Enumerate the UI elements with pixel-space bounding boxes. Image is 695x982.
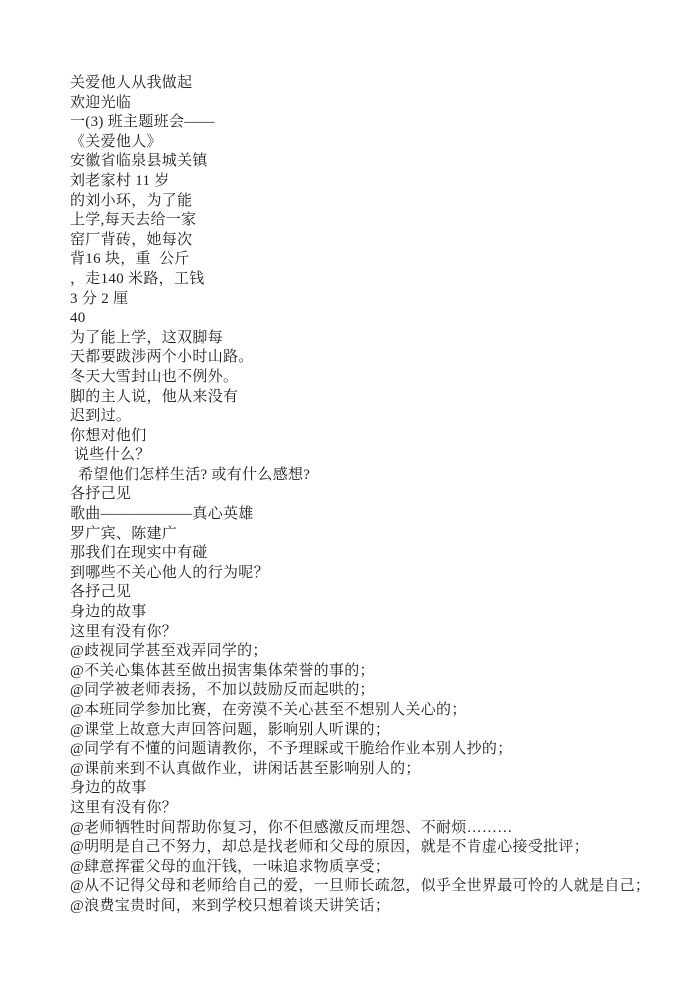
document-page: 关爱他人从我做起欢迎光临一(3) 班主题班会——《关爱他人》安徽省临泉县城关镇刘… — [0, 0, 695, 982]
text-line: @歧视同学甚至戏弄同学的； — [70, 642, 655, 662]
text-line: @从不记得父母和老师给自己的爱，一旦师长疏忽，似乎全世界最可怜的人就是自己； — [70, 877, 655, 897]
text-line: @同学被老师表扬，不加以鼓励反而起哄的； — [70, 681, 655, 701]
text-line: @同学有不懂的问题请教你，不予理睬或干脆给作业本别人抄的； — [70, 740, 655, 760]
text-line: 为了能上学，这双脚每 — [70, 329, 655, 349]
text-line: 希望他们怎样生活? 或有什么感想? — [70, 466, 655, 486]
text-line: 欢迎光临 — [70, 94, 655, 114]
text-line: 各抒己见 — [70, 583, 655, 603]
text-line: ，走140 米路，工钱 — [70, 270, 655, 290]
text-line: 身边的故事 — [70, 603, 655, 623]
text-line: 安徽省临泉县城关镇 — [70, 152, 655, 172]
text-line: @课前来到不认真做作业，讲闲话甚至影响别人的； — [70, 760, 655, 780]
text-line: 罗广宾、陈建广 — [70, 525, 655, 545]
text-line: 各抒己见 — [70, 485, 655, 505]
text-line: 迟到过。 — [70, 407, 655, 427]
text-line: 关爱他人从我做起 — [70, 74, 655, 94]
text-line: 《关爱他人》 — [70, 133, 655, 153]
text-line: 窑厂背砖，她每次 — [70, 231, 655, 251]
text-line: 天都要跋涉两个小时山路。 — [70, 348, 655, 368]
text-line: @课堂上故意大声回答问题，影响别人听课的； — [70, 721, 655, 741]
text-line: 的刘小环，为了能 — [70, 192, 655, 212]
text-line: 刘老家村 11 岁 — [70, 172, 655, 192]
text-line: 说些什么？ — [70, 446, 655, 466]
text-line: @肆意挥霍父母的血汗钱，一味追求物质享受； — [70, 858, 655, 878]
text-line: 这里有没有你？ — [70, 799, 655, 819]
text-line: 冬天大雪封山也不例外。 — [70, 368, 655, 388]
text-line: 这里有没有你？ — [70, 623, 655, 643]
text-line: @老师牺牲时间帮助你复习，你不但感激反而埋怨、不耐烦……… — [70, 819, 655, 839]
text-line: 40 — [70, 309, 655, 329]
text-line: 上学,每天去给一家 — [70, 211, 655, 231]
text-line: 脚的主人说，他从来没有 — [70, 388, 655, 408]
text-block: 关爱他人从我做起欢迎光临一(3) 班主题班会——《关爱他人》安徽省临泉县城关镇刘… — [70, 74, 655, 917]
text-line: @不关心集体甚至做出损害集体荣誉的事的； — [70, 662, 655, 682]
text-line: @浪费宝贵时间，来到学校只想着谈天讲笑话； — [70, 897, 655, 917]
text-line: @明明是自己不努力，却总是找老师和父母的原因，就是不肯虚心接受批评； — [70, 838, 655, 858]
text-line: 身边的故事 — [70, 779, 655, 799]
text-line: 你想对他们 — [70, 427, 655, 447]
text-line: 到哪些不关心他人的行为呢？ — [70, 564, 655, 584]
text-line: 那我们在现实中有碰 — [70, 544, 655, 564]
text-line: 3 分 2 厘 — [70, 290, 655, 310]
text-line: 背16 块，重 公斤 — [70, 250, 655, 270]
text-line: 一(3) 班主题班会—— — [70, 113, 655, 133]
text-line: 歌曲——————真心英雄 — [70, 505, 655, 525]
text-line: @本班同学参加比赛，在旁漠不关心甚至不想别人关心的； — [70, 701, 655, 721]
